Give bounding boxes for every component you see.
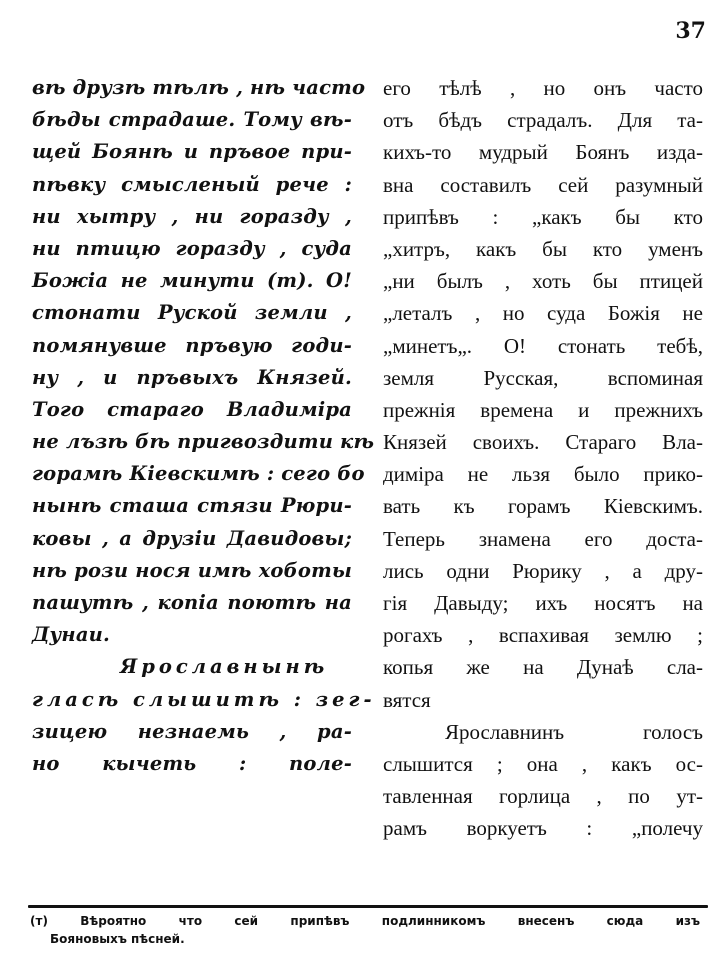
text-line: не лъзѣ бѣ пригвоздити кѣ [32,426,352,458]
text-line: зицею незнаемь , ра- [32,716,352,748]
footnote-line: Бояновыхъ пѣсней. [30,930,700,948]
text-line: рогахъ , вспахивая землю ; [383,619,703,651]
text-line: Дунаи. [32,619,352,651]
page-number: 37 [675,18,706,44]
footnote-divider [28,905,708,908]
text-line: Божіа не минути (т). О! [32,265,352,297]
text-line: нынѣ сташа стязи Рюри- [32,490,352,522]
text-line: припѣвъ : „какъ бы кто [383,201,703,233]
text-line: горамѣ Кіевскимѣ : сего бо [32,458,352,490]
text-line: его тѣлѣ , но онъ часто [383,72,703,104]
text-line: гласѣ слышитѣ : зег- [32,684,352,716]
text-line: пашутѣ , копіа поютѣ на [32,587,352,619]
section-heading-line: Ярославнынѣ [32,651,352,683]
text-line: Того стараго Владиміра [32,394,352,426]
text-line: вна составилъ сей разумный [383,169,703,201]
text-line: „хитръ, какъ бы кто уменъ [383,233,703,265]
footnote-line: (т) Вѣроятно что сей припѣвъ подлинником… [30,912,700,930]
text-line: нѣ рози нося имѣ хоботы [32,555,352,587]
text-line: тавленная горлица , по ут- [383,780,703,812]
text-line: стонати Руской земли , [32,297,352,329]
text-line: кихъ-то мудрый Боянъ изда- [383,136,703,168]
text-line: Князей своихъ. Стараго Вла- [383,426,703,458]
text-line: ну , и пръвыхъ Князей. [32,362,352,394]
right-column-translation: его тѣлѣ , но онъ часто отъ бѣдъ страдал… [383,72,703,845]
text-line: отъ бѣдъ страдалъ. Для та- [383,104,703,136]
text-line: помянувше пръвую годи- [32,330,352,362]
text-line: „леталъ , но суда Божія не [383,297,703,329]
text-line: бѣды страдаше. Тому вѣ- [32,104,352,136]
footnote: (т) Вѣроятно что сей припѣвъ подлинником… [30,912,700,948]
text-line: прежнія времена и прежнихъ [383,394,703,426]
section-heading-line: Ярославнинъ голосъ [383,716,703,748]
text-line: „ни былъ , хоть бы птицей [383,265,703,297]
text-line: „минетъ„. О! стонать тебѣ, [383,330,703,362]
text-line: копья же на Дунаѣ сла- [383,651,703,683]
text-line: диміра не льзя было прико- [383,458,703,490]
text-line: слышится ; она , какъ ос- [383,748,703,780]
text-line: земля Русская, вспоминая [383,362,703,394]
text-line: ни птицю горазду , суда [32,233,352,265]
text-line: лись одни Рюрику , а дру- [383,555,703,587]
text-line: но кычеть : поле- [32,748,352,780]
text-line: гія Давыду; ихъ носятъ на [383,587,703,619]
text-line: Теперь знамена его доста- [383,523,703,555]
left-column-old-text: вѣ друзѣ тѣлѣ , нѣ часто бѣды страдаше. … [32,72,352,780]
text-line: пѣвку смысленый рече : [32,169,352,201]
text-line: рамъ воркуетъ : „полечу [383,812,703,844]
text-line: щей Боянѣ и пръвое при- [32,136,352,168]
text-line: ковы , а друзіи Давидовы; [32,523,352,555]
text-line: вать къ горамъ Кіевскимъ. [383,490,703,522]
text-line: ни хытру , ни горазду , [32,201,352,233]
text-line: вятся [383,684,703,716]
text-line: вѣ друзѣ тѣлѣ , нѣ часто [32,72,352,104]
